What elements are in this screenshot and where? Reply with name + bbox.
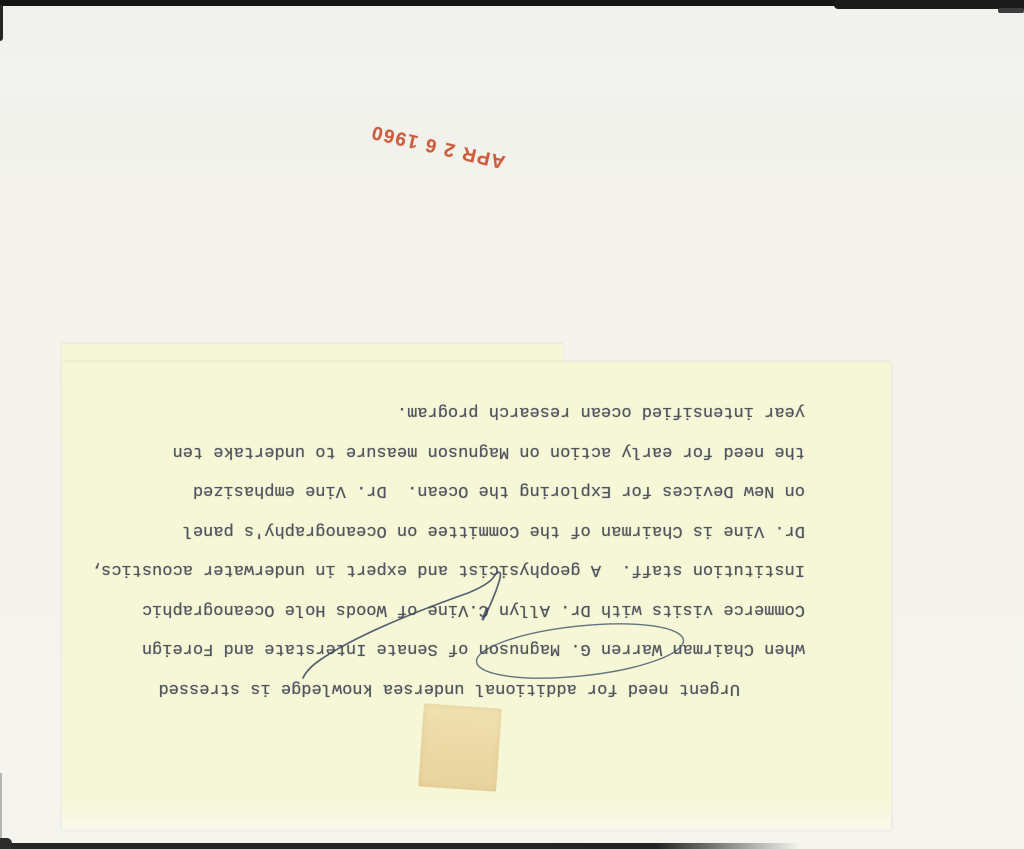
caption-line: when Chairman Warren G. Magnuson of Sena… [85,629,805,669]
scan-edge-top-right [834,0,1024,9]
scan-edge-left-sliver [0,5,3,41]
tape-patch [418,703,502,791]
scan-edge-left-faint [0,773,2,843]
caption-text-block: Urgent need for additional undersea know… [85,392,805,708]
caption-line: Urgent need for additional undersea know… [85,669,805,709]
scan-edge-bottom [0,843,800,849]
caption-line: Commerce visits with Dr. Allyn C.Vine of… [85,590,805,630]
caption-sheet-bottom-fade [62,800,891,830]
caption-line: year intensified ocean research program. [85,392,805,432]
caption-line: on New Devices for Exploring the Ocean. … [85,471,805,511]
caption-line: Dr. Vine is Chairman of the Committee on… [85,511,805,551]
caption-line: Institution staff. A geophysicist and ex… [85,550,805,590]
caption-line: the need for early action on Magnuson me… [85,432,805,472]
date-stamp: APR 2 6 1960 [349,114,526,179]
scan-edge-top-right-blob [998,8,1024,13]
